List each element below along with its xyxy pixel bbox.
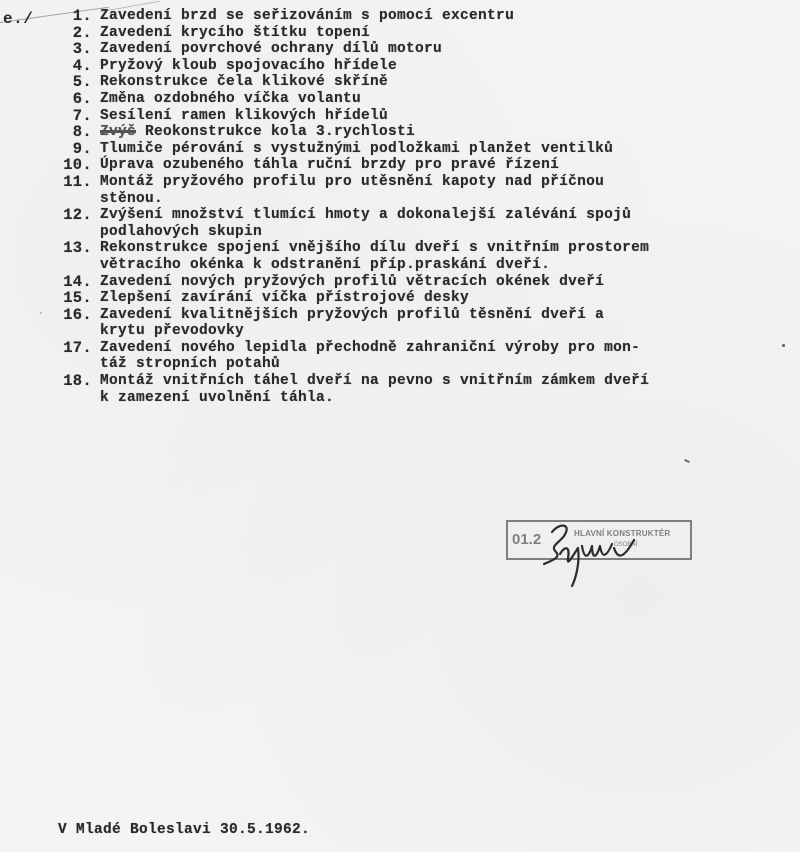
list-item: 13.Rekonstrukce spojení vnějšího dílu dv… <box>50 240 790 273</box>
item-text-rest: Reokonstrukce kola 3.rychlosti <box>136 124 415 140</box>
handwritten-signature <box>530 518 660 588</box>
item-number: 10. <box>50 157 100 174</box>
item-text: Zavedení kvalitnějších pryžových profilů… <box>100 307 790 340</box>
list-item: 12.Zvýšení množství tlumící hmoty a doko… <box>50 207 790 240</box>
item-number: 13. <box>50 240 100 273</box>
item-text: Zavedení nového lepidla přechodně zahran… <box>100 340 790 373</box>
list-item: 15.Zlepšení zavírání víčka přístrojové d… <box>50 290 790 307</box>
list-item: 9.Tlumiče pérování s vystužnými podložka… <box>50 141 790 158</box>
item-text: Zavedení povrchové ochrany dílů motoru <box>100 41 790 58</box>
list-item: 18.Montáž vnitřních táhel dveří na pevno… <box>50 373 790 406</box>
item-number: 6. <box>50 91 100 108</box>
item-text: Zavedení krycího štítku topení <box>100 25 790 42</box>
list-item: 16.Zavedení kvalitnějších pryžových prof… <box>50 307 790 340</box>
item-number: 14. <box>50 274 100 291</box>
list-item: 11.Montáž pryžového profilu pro utěsnění… <box>50 174 790 207</box>
item-text: Zvýš Reokonstrukce kola 3.rychlosti <box>100 124 790 141</box>
item-number: 17. <box>50 340 100 373</box>
list-item: 10.Úprava ozubeného táhla ruční brzdy pr… <box>50 157 790 174</box>
list-item: 2.Zavedení krycího štítku topení <box>50 25 790 42</box>
item-text: Rekonstrukce čela klikové skříně <box>100 74 790 91</box>
item-number: 18. <box>50 373 100 406</box>
place-and-date: V Mladé Boleslavi 30.5.1962. <box>58 822 310 838</box>
item-number: 2. <box>50 25 100 42</box>
item-number: 4. <box>50 58 100 75</box>
item-number: 5. <box>50 74 100 91</box>
item-number: 15. <box>50 290 100 307</box>
section-label: e./ <box>3 10 33 28</box>
item-number: 9. <box>50 141 100 158</box>
item-number: 12. <box>50 207 100 240</box>
item-number: 7. <box>50 108 100 125</box>
list-item: 14.Zavedení nových pryžových profilů vět… <box>50 274 790 291</box>
item-text: Sesílení ramen klikových hřídelů <box>100 108 790 125</box>
item-text: Pryžový kloub spojovacího hřídele <box>100 58 790 75</box>
item-number: 8. <box>50 124 100 141</box>
list-item: 4.Pryžový kloub spojovacího hřídele <box>50 58 790 75</box>
item-text: Montáž vnitřních táhel dveří na pevno s … <box>100 373 790 406</box>
paper-speck <box>40 312 42 314</box>
item-text: Úprava ozubeného táhla ruční brzdy pro p… <box>100 157 790 174</box>
item-text: Montáž pryžového profilu pro utěsnění ka… <box>100 174 790 207</box>
list-item: 8.Zvýš Reokonstrukce kola 3.rychlosti <box>50 124 790 141</box>
item-text: Zavedení nových pryžových profilů větrac… <box>100 274 790 291</box>
struck-out-word: Zvýš <box>100 124 136 140</box>
item-number: 1. <box>50 8 100 25</box>
list-item: 5.Rekonstrukce čela klikové skříně <box>50 74 790 91</box>
item-text: Změna ozdobného víčka volantu <box>100 91 790 108</box>
list-item: 6.Změna ozdobného víčka volantu <box>50 91 790 108</box>
item-number: 11. <box>50 174 100 207</box>
item-number: 16. <box>50 307 100 340</box>
paper-speck <box>782 344 785 347</box>
list-item: 17.Zavedení nového lepidla přechodně zah… <box>50 340 790 373</box>
item-number: 3. <box>50 41 100 58</box>
improvement-list: 1.Zavedení brzd se seřizováním s pomocí … <box>50 8 790 406</box>
item-text: Tlumiče pérování s vystužnými podložkami… <box>100 141 790 158</box>
list-item: 7.Sesílení ramen klikových hřídelů <box>50 108 790 125</box>
list-item: 3.Zavedení povrchové ochrany dílů motoru <box>50 41 790 58</box>
item-text: Zlepšení zavírání víčka přístrojové desk… <box>100 290 790 307</box>
list-item: 1.Zavedení brzd se seřizováním s pomocí … <box>50 8 790 25</box>
item-text: Zavedení brzd se seřizováním s pomocí ex… <box>100 8 790 25</box>
item-text: Zvýšení množství tlumící hmoty a dokonal… <box>100 207 790 240</box>
item-text: Rekonstrukce spojení vnějšího dílu dveří… <box>100 240 790 273</box>
